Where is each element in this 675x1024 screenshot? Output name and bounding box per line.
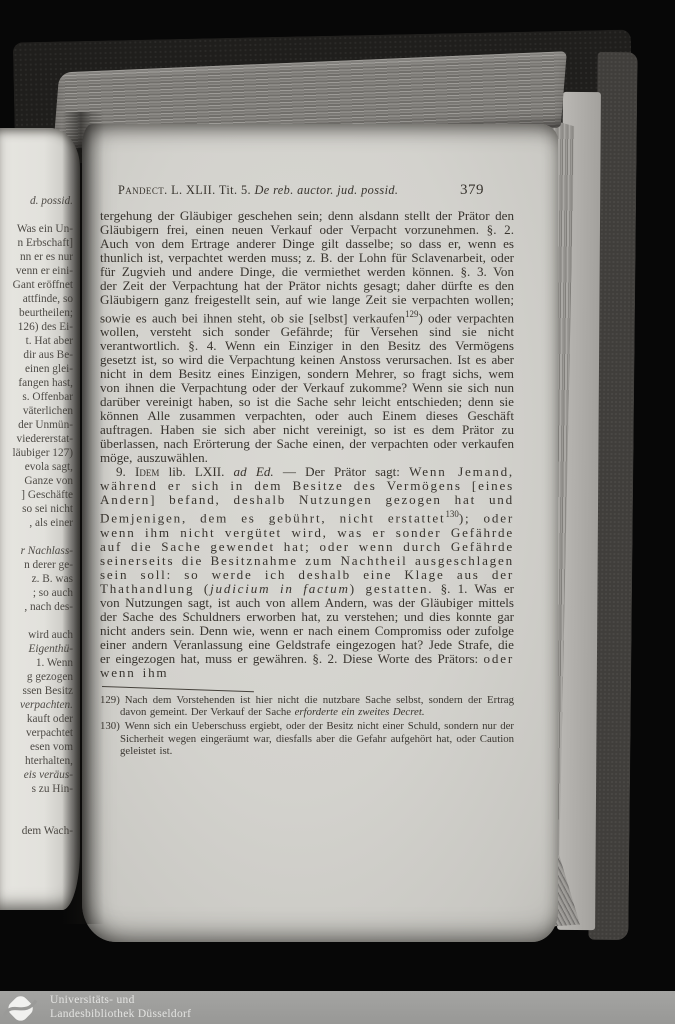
left-page-partial: d. possid. Was ein Un-n Erbschaft]nn er … (0, 128, 80, 910)
ulb-duesseldorf-logo-icon (3, 992, 41, 1024)
left-page-text-fragment: esen vom (12, 740, 73, 754)
left-page-text-fragment: s zu Hin- (12, 782, 73, 796)
left-page-text-fragment: , nach des- (12, 600, 73, 614)
left-page-text-fragment: n derer ge- (12, 558, 73, 572)
left-page-text-fragment: väterlichen (12, 404, 73, 418)
text-segment: erforderte ein zweites Decret. (295, 706, 425, 718)
left-page-text-fragment: ; so auch (12, 586, 73, 600)
text-segment: ) oder verpachten wollen, versteht sich … (100, 310, 514, 465)
body-paragraph: tergehung der Gläubiger geschehen sein; … (100, 209, 514, 465)
left-page-blank-line (12, 614, 73, 628)
footnote-number: 130) (100, 720, 125, 732)
left-page-text-fragment: g gezogen (12, 670, 73, 684)
left-page-text-fragment: ] Geschäfte (12, 488, 73, 502)
text-segment: Idem (135, 464, 159, 479)
left-page-text-fragment: , als einer (12, 516, 73, 530)
text-segment: lib. LXII. (159, 464, 233, 479)
footnote-ref: 129 (405, 309, 418, 319)
left-page-text-fragment: beurtheilen; (12, 306, 73, 320)
text-segment: 9. (116, 464, 135, 479)
footnote: 129)Nach dem Vorstehenden ist hier nicht… (100, 694, 514, 719)
left-page-text-fragment: n Erbschaft] (12, 236, 73, 250)
left-page-text-fragment: verpachten. (12, 698, 73, 712)
left-page-text-fragment: dem Wach- (12, 824, 73, 838)
left-page-text-fragment: t. Hat aber (12, 334, 73, 348)
left-page-text-fragment: fangen hast, (12, 376, 73, 390)
left-page-blank-line (12, 530, 73, 544)
text-segment: judicium in factum (210, 581, 350, 596)
left-page-text-column: d. possid. Was ein Un-n Erbschaft]nn er … (12, 194, 73, 838)
left-page-text-fragment: so sei nicht (12, 502, 73, 516)
text-segment: tergehung der Gläubiger geschehen sein; … (100, 208, 514, 325)
page-number: 379 (460, 182, 484, 199)
left-page-text-fragment: s. Offenbar (12, 390, 73, 404)
left-page-text-fragment: der Unmün- (12, 418, 73, 432)
left-page-text-fragment: eis veräus- (12, 768, 73, 782)
left-page-text-fragment: läubiger 127) (12, 446, 73, 460)
header-ref: L. XLII. Tit. 5. (171, 183, 251, 197)
library-name-line1: Universitäts- und (50, 994, 191, 1007)
text-segment: — Der Prätor sagt: (274, 464, 409, 479)
left-page-text-fragment: nn er es nur (12, 250, 73, 264)
left-page-text-fragment: hterhalten, (12, 754, 73, 768)
library-name: Universitäts- und Landesbibliothek Düsse… (50, 994, 191, 1020)
left-page-text-fragment: verpachtet (12, 726, 73, 740)
left-page-text-fragment: wird auch (12, 628, 73, 642)
footnote-number: 129) (100, 694, 125, 706)
left-page-text-fragment: attfinde, so (12, 292, 73, 306)
left-page-text-fragment: Eigenthü- (12, 642, 73, 656)
footnote-ref: 130 (445, 509, 458, 519)
left-page-text-fragment: 1. Wenn (12, 656, 73, 670)
left-page-text-fragment: einen glei- (12, 362, 73, 376)
book-photograph: d. possid. Was ein Un-n Erbschaft]nn er … (0, 0, 675, 1024)
left-page-text-fragment: 126) des Ei- (12, 320, 73, 334)
left-page-blank-line (12, 208, 73, 222)
left-page-text-fragment: r Nachlass- (12, 544, 73, 558)
left-page-text-fragment: Was ein Un- (12, 222, 73, 236)
library-name-line2: Landesbibliothek Düsseldorf (50, 1008, 191, 1021)
body-text: tergehung der Gläubiger geschehen sein; … (100, 209, 514, 680)
running-header-text: Pandect. L. XLII. Tit. 5. De reb. auctor… (118, 183, 398, 198)
running-header: Pandect. L. XLII. Tit. 5. De reb. auctor… (100, 182, 514, 199)
text-segment: ) gestatten. (350, 581, 434, 596)
left-page-text-fragment: dir aus Be- (12, 348, 73, 362)
left-page-blank-line (12, 810, 73, 824)
footnote-separator-rule (102, 686, 254, 692)
left-page-text-fragment: ssen Besitz (12, 684, 73, 698)
page-text-area: Pandect. L. XLII. Tit. 5. De reb. auctor… (100, 182, 514, 924)
library-banner: Universitäts- und Landesbibliothek Düsse… (0, 991, 675, 1024)
text-segment: Wenn sich ein Ueberschuss ergiebt, oder … (120, 720, 514, 757)
left-page-text-fragment: Ganze von (12, 474, 73, 488)
left-page-text-fragment: z. B. was (12, 572, 73, 586)
left-page-text-fragment: kauft oder (12, 712, 73, 726)
header-title-latin: De reb. auctor. jud. possid. (254, 183, 398, 197)
left-page-text-fragment: Gant eröffnet (12, 278, 73, 292)
header-journal: Pandect. (118, 183, 168, 197)
left-page-text-fragment: viedererstat- (12, 432, 73, 446)
footnote: 130)Wenn sich ein Ueberschuss ergiebt, o… (100, 720, 514, 758)
left-page-blank-line (12, 796, 73, 810)
left-page-text-fragment: d. possid. (12, 194, 73, 208)
left-page-text-fragment: venn er eini- (12, 264, 73, 278)
left-page-text-fragment: evola sagt, (12, 460, 73, 474)
footnotes-block: 129)Nach dem Vorstehenden ist hier nicht… (100, 694, 514, 758)
text-segment: ad Ed. (234, 464, 274, 479)
right-page: Pandect. L. XLII. Tit. 5. De reb. auctor… (82, 124, 558, 942)
body-paragraph: 9. Idem lib. LXII. ad Ed. — Der Prätor s… (100, 465, 514, 679)
